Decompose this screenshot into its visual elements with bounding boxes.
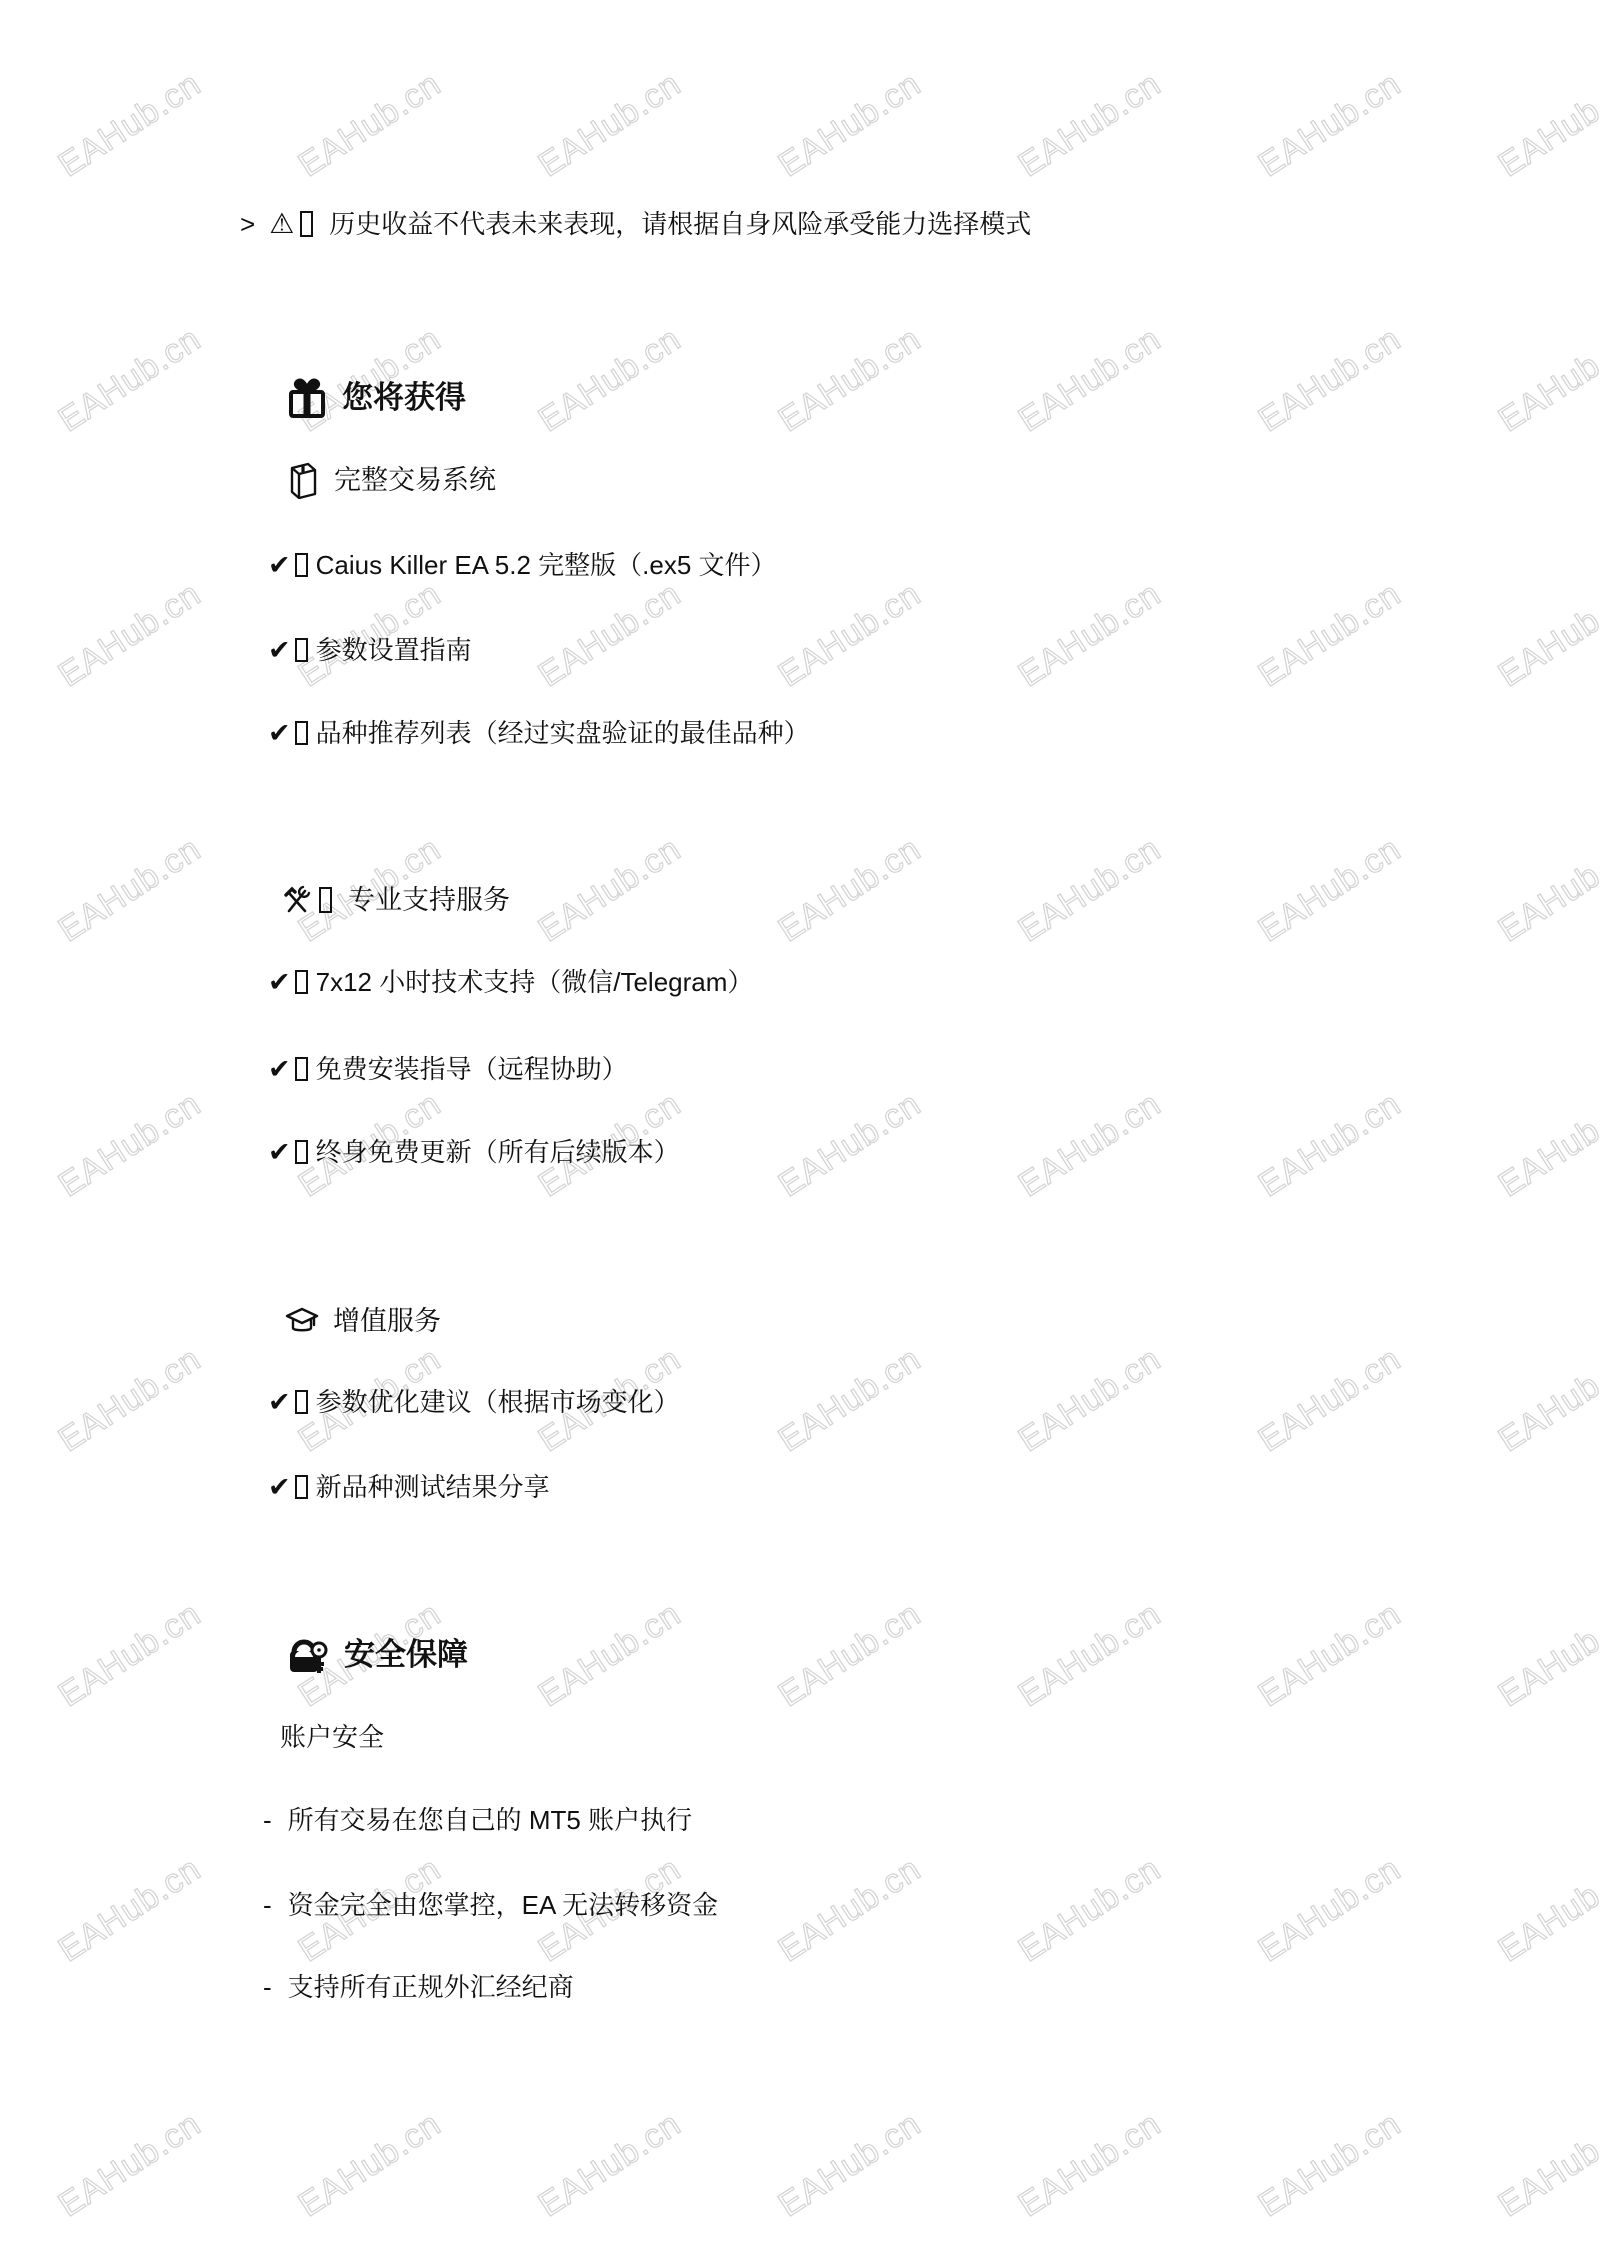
check-icon: ✔ (268, 714, 291, 752)
group-title: 完整交易系统 (334, 461, 496, 499)
benefit-item: ✔ 免费安装指导（远程协助） (268, 1050, 628, 1088)
check-icon: ✔ (268, 1468, 291, 1506)
warning-text: 历史收益不代表未来表现，请根据自身风险承受能力选择模式 (329, 205, 1031, 243)
benefit-item: ✔ 新品种测试结果分享 (268, 1468, 550, 1506)
security-item-text: 所有交易在您自己的 MT5 账户执行 (288, 1801, 692, 1839)
check-icon: ✔ (268, 1383, 291, 1421)
group-title: 专业支持服务 (348, 881, 510, 919)
benefit-item: ✔ 品种推荐列表（经过实盘验证的最佳品种） (268, 714, 810, 752)
missing-glyph-box (295, 1475, 308, 1499)
security-item-text: 支持所有正规外汇经纪商 (288, 1968, 574, 2006)
benefit-item-text: Caius Killer EA 5.2 完整版（.ex5 文件） (316, 546, 777, 584)
missing-glyph-box (295, 1057, 308, 1081)
missing-glyph-box (295, 553, 308, 577)
missing-glyph-box (300, 211, 313, 237)
benefit-item: ✔ 参数优化建议（根据市场变化） (268, 1383, 680, 1421)
group-trading-system: 完整交易系统 (286, 461, 496, 499)
gift-icon (286, 376, 328, 420)
group-value-added: 增值服务 (285, 1302, 441, 1340)
missing-glyph-box (295, 721, 308, 745)
security-item: - 资金完全由您掌控，EA 无法转移资金 (263, 1886, 718, 1924)
benefit-item-text: 终身免费更新（所有后续版本） (316, 1133, 680, 1171)
benefit-item-text: 免费安装指导（远程协助） (316, 1050, 628, 1088)
security-item-text: 资金完全由您掌控，EA 无法转移资金 (288, 1886, 718, 1924)
missing-glyph-box (295, 638, 308, 662)
security-subtitle-text: 账户安全 (280, 1718, 384, 1756)
benefit-item-text: 新品种测试结果分享 (316, 1468, 550, 1506)
benefit-item: ✔ 终身免费更新（所有后续版本） (268, 1133, 680, 1171)
benefit-item: ✔ 7x12 小时技术支持（微信/Telegram） (268, 963, 753, 1001)
benefit-item-text: 参数优化建议（根据市场变化） (316, 1383, 680, 1421)
security-item: - 支持所有正规外汇经纪商 (263, 1968, 574, 2006)
dash-marker: - (263, 1886, 272, 1924)
group-title: 增值服务 (333, 1302, 441, 1340)
warning-icon: ⚠ (269, 205, 294, 243)
check-icon: ✔ (268, 631, 291, 669)
missing-glyph-box (319, 887, 332, 913)
security-heading-text: 安全保障 (344, 1636, 468, 1674)
missing-glyph-box (295, 1140, 308, 1164)
blockquote-marker: > (240, 205, 255, 243)
missing-glyph-box (295, 1390, 308, 1414)
check-icon: ✔ (268, 1050, 291, 1088)
graduation-cap-icon (285, 1305, 319, 1337)
benefit-item-text: 参数设置指南 (316, 631, 472, 669)
hammer-wrench-icon (283, 885, 311, 915)
benefits-heading: 您将获得 (286, 376, 466, 420)
benefit-item: ✔ Caius Killer EA 5.2 完整版（.ex5 文件） (268, 546, 777, 584)
check-icon: ✔ (268, 1133, 291, 1171)
package-icon (286, 461, 320, 499)
security-item: - 所有交易在您自己的 MT5 账户执行 (263, 1801, 692, 1839)
document-page: EAHub.cnEAHub.cnEAHub.cnEAHub.cnEAHub.cn… (0, 0, 1600, 2263)
benefit-item-text: 7x12 小时技术支持（微信/Telegram） (316, 963, 754, 1001)
check-icon: ✔ (268, 546, 291, 584)
missing-glyph-box (295, 970, 308, 994)
benefit-item: ✔ 参数设置指南 (268, 631, 472, 669)
security-heading: 安全保障 (286, 1633, 468, 1677)
dash-marker: - (263, 1968, 272, 2006)
warning-blockquote: > ⚠ 历史收益不代表未来表现，请根据自身风险承受能力选择模式 (240, 205, 1031, 243)
lock-key-icon (286, 1633, 330, 1677)
benefit-item-text: 品种推荐列表（经过实盘验证的最佳品种） (316, 714, 810, 752)
check-icon: ✔ (268, 963, 291, 1001)
document-content: > ⚠ 历史收益不代表未来表现，请根据自身风险承受能力选择模式 您将获得 (0, 0, 1600, 2263)
dash-marker: - (263, 1801, 272, 1839)
group-support-service: 专业支持服务 (283, 881, 510, 919)
benefits-heading-text: 您将获得 (342, 379, 466, 417)
security-subtitle: 账户安全 (280, 1718, 384, 1756)
